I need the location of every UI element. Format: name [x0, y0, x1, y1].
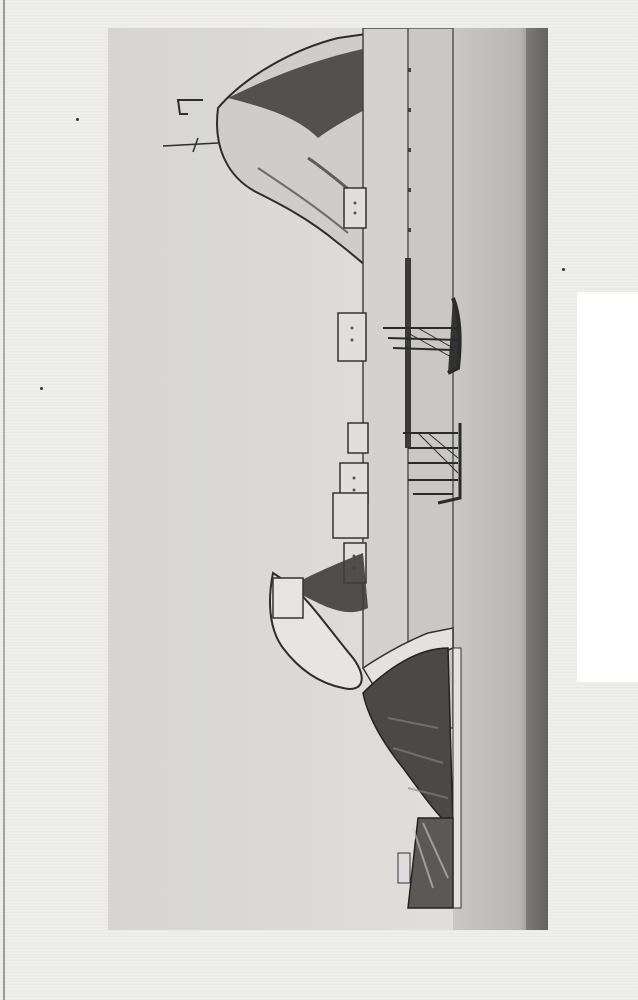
scanned-page — [0, 0, 638, 1000]
page-edge-rule — [3, 0, 5, 1000]
harbor-illustration — [108, 28, 548, 930]
engraving-artwork — [108, 28, 548, 930]
blank-paper-patch — [577, 292, 638, 682]
ink-speck — [76, 118, 79, 121]
ink-speck — [562, 268, 565, 271]
ink-speck — [40, 387, 43, 390]
